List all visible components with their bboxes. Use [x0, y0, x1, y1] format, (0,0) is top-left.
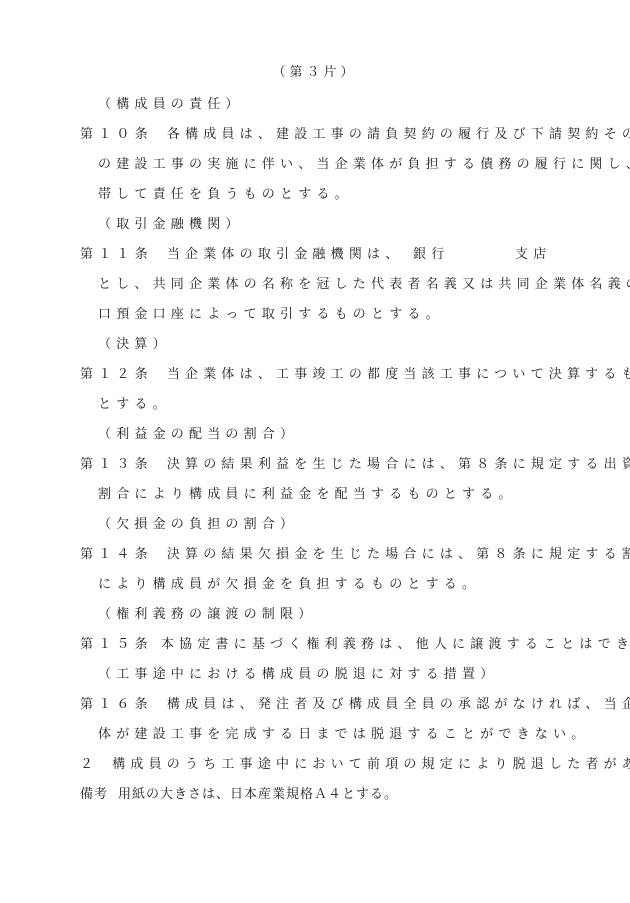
- article-15-heading: （権利義務の譲渡の制限）: [98, 607, 316, 623]
- article-13-line-2: 割合により構成員に利益金を配当するものとする。: [98, 487, 517, 503]
- article-11-line-2: とし、共同企業体の名称を冠した代表者名義又は共同企業体名義の別: [98, 277, 630, 293]
- article-12-line-2: とする。: [98, 397, 171, 413]
- article-14-heading: （欠損金の負担の割合）: [98, 517, 298, 533]
- article-number: 第１２条: [80, 367, 153, 382]
- article-number: 第１０条: [80, 127, 153, 142]
- article-16-paragraph-2: ２構成員のうち工事途中において前項の規定により脱退した者がある: [80, 757, 630, 773]
- article-number: 第１３条: [80, 457, 153, 472]
- article-16-heading: （工事途中における構成員の脱退に対する措置）: [98, 667, 498, 683]
- article-15-line-1: 第１５条本協定書に基づく権利義務は、他人に譲渡することはできない。: [80, 637, 630, 653]
- paragraph-number: ２: [80, 757, 98, 772]
- article-number: 第１４条: [80, 547, 153, 562]
- article-10-heading: （構成員の責任）: [98, 97, 244, 113]
- article-11-line-3: 口預金口座によって取引するものとする。: [98, 307, 444, 323]
- article-number: 第１６条: [80, 697, 153, 712]
- article-10-line-3: 帯して責任を負うものとする。: [98, 187, 353, 203]
- bank-label: 銀行: [413, 247, 449, 263]
- article-16-line-1: 第１６条構成員は、発注者及び構成員全員の承認がなければ、当企業: [80, 697, 630, 713]
- article-14-line-1: 第１４条決算の結果欠損金を生じた場合には、第８条に規定する割合: [80, 547, 630, 563]
- article-11-heading: （取引金融機関）: [98, 217, 244, 233]
- article-16-line-2: 体が建設工事を完成する日までは脱退することができない。: [98, 727, 589, 743]
- article-number: 第１１条: [80, 247, 153, 262]
- article-12-line-1: 第１２条当企業体は、工事竣工の都度当該工事について決算するもの: [80, 367, 630, 383]
- article-13-line-1: 第１３条決算の結果利益を生じた場合には、第８条に規定する出資の: [80, 457, 630, 473]
- article-12-heading: （決算）: [98, 337, 171, 353]
- article-10-line-1: 第１０条各構成員は、建設工事の請負契約の履行及び下請契約その他: [80, 127, 630, 143]
- branch-label: 支店: [515, 247, 551, 263]
- article-13-heading: （利益金の配当の割合）: [98, 427, 298, 443]
- article-10-line-2: の建設工事の実施に伴い、当企業体が負担する債務の履行に関し、連: [98, 157, 630, 173]
- article-number: 第１５条: [80, 637, 153, 652]
- remarks-note: 備考用紙の大きさは、日本産業規格Ａ４とする。: [80, 787, 398, 803]
- article-11-line-1: 第１１条当企業体の取引金融機関は、: [80, 247, 403, 263]
- remarks-label: 備考: [80, 787, 108, 802]
- page-label: （第３片）: [0, 65, 630, 81]
- article-14-line-2: により構成員が欠損金を負担するものとする。: [98, 577, 480, 593]
- document-page: （第３片） （構成員の責任） 第１０条各構成員は、建設工事の請負契約の履行及び下…: [0, 0, 630, 903]
